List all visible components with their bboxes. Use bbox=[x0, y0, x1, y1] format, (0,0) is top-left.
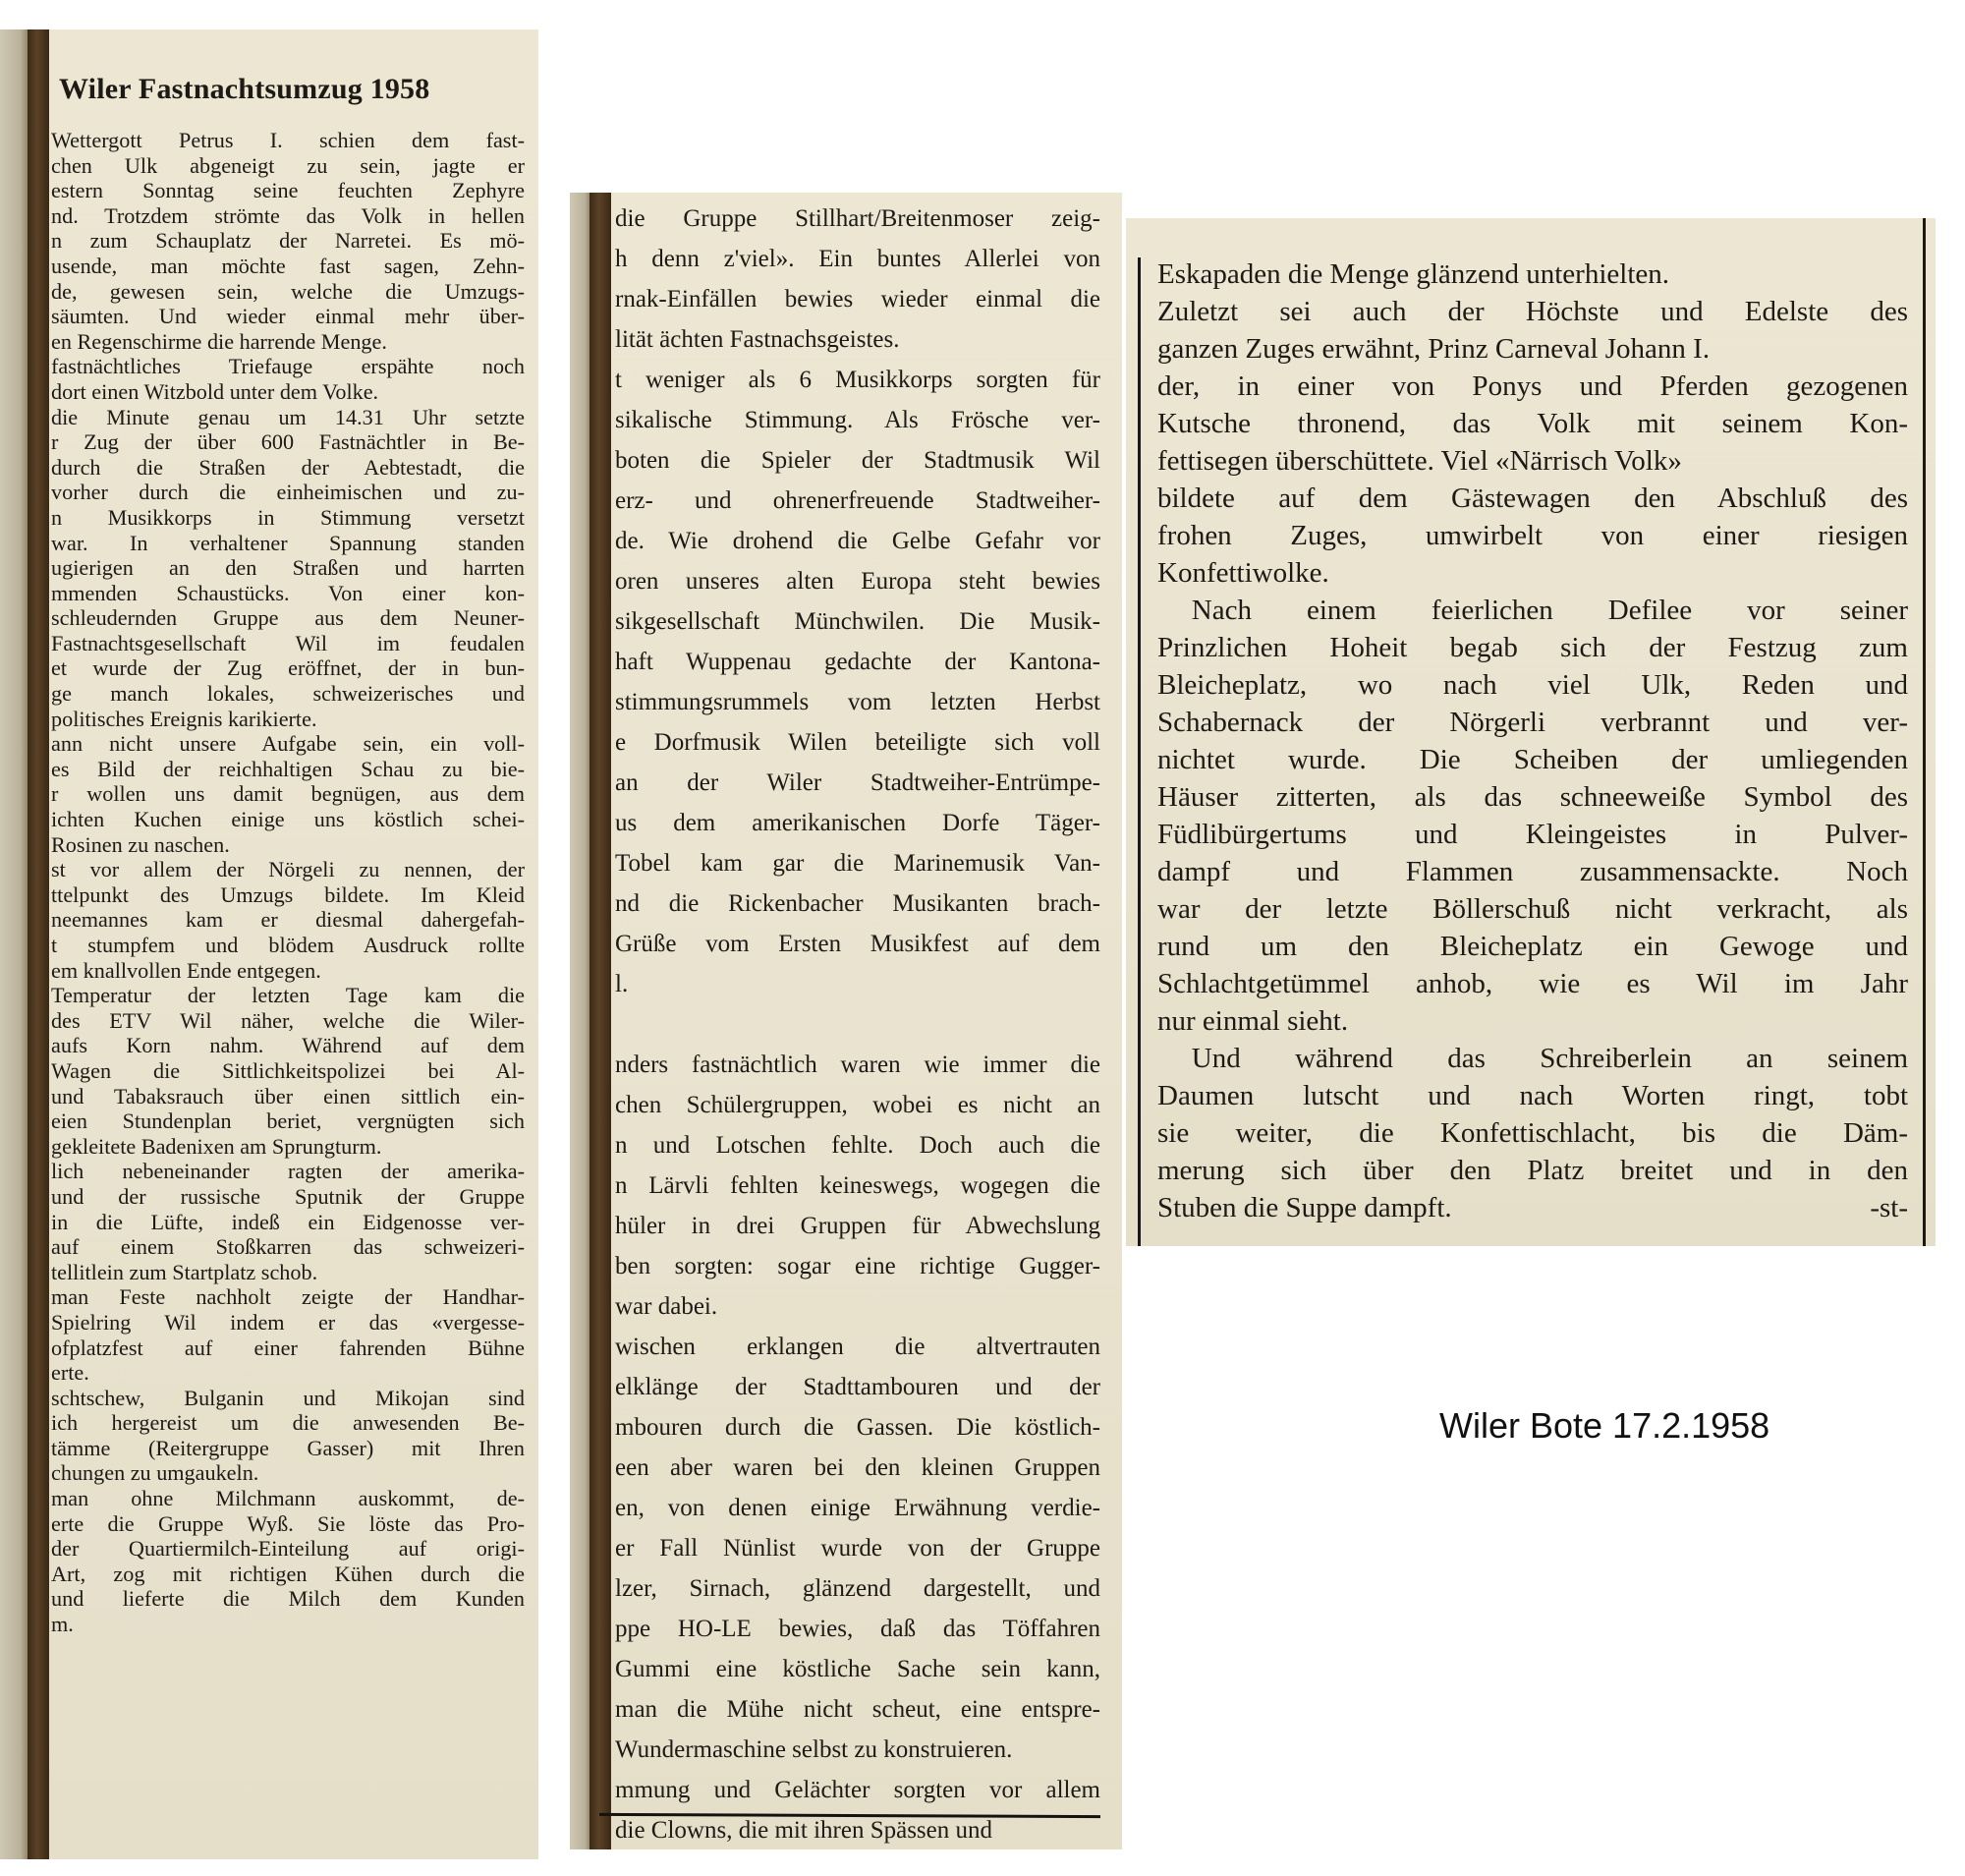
text-line: de. Wie drohend die Gelbe Gefahr vor bbox=[615, 521, 1100, 561]
text-line: nur einmal sieht. bbox=[1157, 1002, 1908, 1040]
text-line: der Quartiermilch-Einteilung auf origi- bbox=[51, 1536, 525, 1562]
text-line: erz- und ohrenerfreuende Stadtweiher- bbox=[615, 481, 1100, 521]
text-line: Grüße vom Ersten Musikfest auf dem bbox=[615, 924, 1100, 964]
text-line: Konfettiwolke. bbox=[1157, 554, 1908, 592]
text-line: Schabernack der Nörgerli verbrannt und v… bbox=[1157, 704, 1908, 741]
text-line: rund um den Bleicheplatz ein Gewoge und bbox=[1157, 928, 1908, 965]
text-line: der, in einer von Ponys und Pferden gezo… bbox=[1157, 368, 1908, 405]
text-line: die Minute genau um 14.31 Uhr setzte bbox=[51, 405, 525, 430]
text-line: et wurde der Zug eröffnet, der in bun- bbox=[51, 655, 525, 681]
page-gutter-shadow bbox=[28, 29, 49, 1859]
text-line: t weniger als 6 Musikkorps sorgten für bbox=[615, 360, 1100, 400]
text-line: stimmungsrummels vom letzten Herbst bbox=[615, 682, 1100, 722]
text-line: ann nicht unsere Aufgabe sein, ein voll- bbox=[51, 731, 525, 757]
column-2-text: die Gruppe Stillhart/Breitenmoser zeig-h… bbox=[615, 199, 1100, 1849]
text-line: auf einem Stoßkarren das schweizeri- bbox=[51, 1234, 525, 1260]
text-line: bildete auf dem Gästewagen den Abschluß … bbox=[1157, 480, 1908, 517]
source-caption: Wiler Bote 17.2.1958 bbox=[1439, 1405, 1769, 1447]
text-line: des ETV Wil näher, welche die Wiler- bbox=[51, 1008, 525, 1034]
text-line: mmenden Schaustücks. Von einer kon- bbox=[51, 581, 525, 606]
text-line: fastnächtliches Triefauge erspähte noch bbox=[51, 354, 525, 379]
text-line: ben sorgten: sogar eine richtige Gugger- bbox=[615, 1246, 1100, 1286]
text-line: ganzen Zuges erwähnt, Prinz Carneval Joh… bbox=[1157, 330, 1908, 368]
text-line: lität ächten Fastnachsgeistes. bbox=[615, 319, 1100, 360]
text-line: schleudernden Gruppe aus dem Neuner- bbox=[51, 605, 525, 631]
text-line bbox=[615, 1004, 1100, 1045]
text-line: fettisegen überschüttete. Viel «Närrisch… bbox=[1157, 442, 1908, 480]
text-line: t stumpfem und blödem Ausdruck rollte bbox=[51, 933, 525, 958]
text-line: e Dorfmusik Wilen beteiligte sich voll bbox=[615, 722, 1100, 763]
text-line: war der letzte Böllerschuß nicht verkrac… bbox=[1157, 890, 1908, 928]
text-line: een aber waren bei den kleinen Gruppen bbox=[615, 1448, 1100, 1488]
text-line: gekleitete Badenixen am Sprungturm. bbox=[51, 1134, 525, 1160]
text-line: politisches Ereignis karikierte. bbox=[51, 707, 525, 732]
text-line: Kutsche thronend, das Volk mit seinem Ko… bbox=[1157, 405, 1908, 442]
text-line: schtschew, Bulganin und Mikojan sind bbox=[51, 1386, 525, 1411]
text-line: vorher durch die einheimischen und zu- bbox=[51, 480, 525, 505]
text-line: chen Schülergruppen, wobei es nicht an bbox=[615, 1085, 1100, 1125]
text-line: n und Lotschen fehlte. Doch auch die bbox=[615, 1125, 1100, 1165]
text-line: merung sich über den Platz breitet und i… bbox=[1157, 1152, 1908, 1189]
text-line: ofplatzfest auf einer fahrenden Bühne bbox=[51, 1336, 525, 1361]
text-line: boten die Spieler der Stadtmusik Wil bbox=[615, 440, 1100, 481]
text-line: n Lärvli fehlten keineswegs, wogegen die bbox=[615, 1165, 1100, 1206]
column-3-text: Eskapaden die Menge glänzend unterhielte… bbox=[1157, 256, 1908, 1226]
text-line: man die Mühe nicht scheut, eine entspre- bbox=[615, 1689, 1100, 1730]
text-line: hüler in drei Gruppen für Abwechslung bbox=[615, 1206, 1100, 1246]
text-line: elklänge der Stadttambouren und der bbox=[615, 1367, 1100, 1407]
text-line: chungen zu umgaukeln. bbox=[51, 1460, 525, 1486]
text-line: war. In verhaltener Spannung standen bbox=[51, 531, 525, 556]
text-line: nd die Rickenbacher Musikanten brach- bbox=[615, 883, 1100, 924]
text-line: h denn z'viel». Ein buntes Allerlei von bbox=[615, 239, 1100, 279]
text-line: Rosinen zu naschen. bbox=[51, 832, 525, 858]
text-line: Wundermaschine selbst zu konstruieren. bbox=[615, 1730, 1100, 1770]
text-line: sikgesellschaft Münchwilen. Die Musik- bbox=[615, 601, 1100, 642]
text-line: chen Ulk abgeneigt zu sein, jagte er bbox=[51, 153, 525, 179]
text-line: Gummi eine köstliche Sache sein kann, bbox=[615, 1649, 1100, 1689]
text-line: r wollen uns damit begnügen, aus dem bbox=[51, 781, 525, 807]
adjacent-page-edge bbox=[570, 193, 591, 1849]
page-gutter-shadow bbox=[589, 193, 611, 1849]
adjacent-page-edge bbox=[0, 29, 29, 1859]
text-line: aufs Korn nahm. Während auf dem bbox=[51, 1033, 525, 1058]
text-line: durch die Straßen der Aebtestadt, die bbox=[51, 455, 525, 481]
column-1-text: Wettergott Petrus I. schien dem fast-che… bbox=[51, 128, 525, 1637]
text-line: oren unseres alten Europa steht bewies bbox=[615, 561, 1100, 601]
text-line: mmung und Gelächter sorgten vor allem bbox=[615, 1770, 1100, 1810]
article-clipping-column-1: Wiler Fastnachtsumzug 1958 Wettergott Pe… bbox=[0, 29, 538, 1859]
text-line: Füdlibürgertums und Kleingeistes in Pulv… bbox=[1157, 816, 1908, 853]
text-line: us dem amerikanischen Dorfe Täger- bbox=[615, 803, 1100, 843]
article-clipping-column-3: Eskapaden die Menge glänzend unterhielte… bbox=[1126, 218, 1936, 1246]
text-line: Temperatur der letzten Tage kam die bbox=[51, 983, 525, 1008]
text-line: mbouren durch die Gassen. Die köstlich- bbox=[615, 1407, 1100, 1448]
author-signature: -st- bbox=[1870, 1189, 1908, 1226]
text-line: eien Stundenplan beriet, vergnügten sich bbox=[51, 1109, 525, 1134]
text-line: an der Wiler Stadtweiher-Entrümpe- bbox=[615, 763, 1100, 803]
text-line: Prinzlichen Hoheit begab sich der Festzu… bbox=[1157, 629, 1908, 666]
text-line: erte. bbox=[51, 1360, 525, 1386]
text-line: ich hergereist um die anwesenden Be- bbox=[51, 1410, 525, 1436]
text-line: nd. Trotzdem strömte das Volk in hellen bbox=[51, 203, 525, 229]
text-line: usende, man möchte fast sagen, Zehn- bbox=[51, 254, 525, 279]
text-line: Art, zog mit richtigen Kühen durch die bbox=[51, 1562, 525, 1587]
text-line: de, gewesen sein, welche die Umzugs- bbox=[51, 279, 525, 305]
text-line: Daumen lutscht und nach Worten ringt, to… bbox=[1157, 1077, 1908, 1114]
text-line: en, von denen einige Erwähnung verdie- bbox=[615, 1488, 1100, 1528]
text-line: dort einen Witzbold unter dem Volke. bbox=[51, 379, 525, 405]
text-line: ugierigen an den Straßen und harrten bbox=[51, 555, 525, 581]
text-line: nichtet wurde. Die Scheiben der umliegen… bbox=[1157, 741, 1908, 778]
text-line: nders fastnächtlich waren wie immer die bbox=[615, 1045, 1100, 1085]
text-line: Stuben die Suppe dampft.-st- bbox=[1157, 1189, 1908, 1226]
text-line: Nach einem feierlichen Defilee vor seine… bbox=[1157, 592, 1908, 629]
text-line: und Tabaksrauch über einen sittlich ein- bbox=[51, 1084, 525, 1109]
text-line: ttelpunkt des Umzugs bildete. Im Kleid bbox=[51, 882, 525, 908]
text-line: sie weiter, die Konfettischlacht, bis di… bbox=[1157, 1114, 1908, 1152]
text-line: frohen Zuges, umwirbelt von einer riesig… bbox=[1157, 517, 1908, 554]
text-line: tämme (Reitergruppe Gasser) mit Ihren bbox=[51, 1436, 525, 1461]
text-line: in die Lüfte, indeß ein Eidgenosse ver- bbox=[51, 1210, 525, 1235]
column-left-rule bbox=[1138, 257, 1141, 1246]
text-line: r Zug der über 600 Fastnächtler in Be- bbox=[51, 429, 525, 455]
text-line: und der russische Sputnik der Gruppe bbox=[51, 1184, 525, 1210]
text-line: n zum Schauplatz der Narretei. Es mö- bbox=[51, 228, 525, 254]
text-line: Spielring Wil indem er das «vergesse- bbox=[51, 1310, 525, 1336]
text-line: l. bbox=[615, 964, 1100, 1004]
text-line: lich nebeneinander ragten der amerika- bbox=[51, 1159, 525, 1184]
text-line: er Fall Nünlist wurde von der Gruppe bbox=[615, 1528, 1100, 1568]
article-title: Wiler Fastnachtsumzug 1958 bbox=[59, 73, 429, 106]
text-line: die Gruppe Stillhart/Breitenmoser zeig- bbox=[615, 199, 1100, 239]
text-line: m. bbox=[51, 1612, 525, 1637]
text-line: n Musikkorps in Stimmung versetzt bbox=[51, 505, 525, 531]
text-line: estern Sonntag seine feuchten Zephyre bbox=[51, 178, 525, 203]
text-line: neemannes kam er diesmal dahergefah- bbox=[51, 907, 525, 933]
text-line: wischen erklangen die altvertrauten bbox=[615, 1327, 1100, 1367]
text-line: tellitlein zum Startplatz schob. bbox=[51, 1260, 525, 1285]
text-line: Eskapaden die Menge glänzend unterhielte… bbox=[1157, 256, 1908, 293]
text-line: lzer, Sirnach, glänzend dargestellt, und bbox=[615, 1568, 1100, 1609]
text-line: man ohne Milchmann auskommt, de- bbox=[51, 1486, 525, 1511]
text-line: ichten Kuchen einige uns köstlich schei- bbox=[51, 807, 525, 832]
text-line: Tobel kam gar die Marinemusik Van- bbox=[615, 843, 1100, 883]
column-right-rule bbox=[1923, 218, 1926, 1246]
text-line: Bleicheplatz, wo nach viel Ulk, Reden un… bbox=[1157, 666, 1908, 704]
text-line: Und während das Schreiberlein an seinem bbox=[1157, 1040, 1908, 1077]
text-line: und lieferte die Milch dem Kunden bbox=[51, 1586, 525, 1612]
text-line: Wettergott Petrus I. schien dem fast- bbox=[51, 128, 525, 153]
text-line: war dabei. bbox=[615, 1286, 1100, 1327]
text-line: Häuser zitterten, als das schneeweiße Sy… bbox=[1157, 778, 1908, 816]
text-line: haft Wuppenau gedachte der Kantona- bbox=[615, 642, 1100, 682]
text-line: em knallvollen Ende entgegen. bbox=[51, 958, 525, 984]
text-line: Fastnachtsgesellschaft Wil im feudalen bbox=[51, 631, 525, 656]
text-line: man Feste nachholt zeigte der Handhar- bbox=[51, 1284, 525, 1310]
text-line: Schlachtgetümmel anhob, wie es Wil im Ja… bbox=[1157, 965, 1908, 1002]
text-line: st vor allem der Nörgeli zu nennen, der bbox=[51, 857, 525, 882]
text-line: dampf und Flammen zusammensackte. Noch bbox=[1157, 853, 1908, 890]
text-line: ppe HO-LE bewies, daß das Töffahren bbox=[615, 1609, 1100, 1649]
text-line: erte die Gruppe Wyß. Sie löste das Pro- bbox=[51, 1511, 525, 1537]
article-clipping-column-2: die Gruppe Stillhart/Breitenmoser zeig-h… bbox=[570, 193, 1122, 1849]
text-line: es Bild der reichhaltigen Schau zu bie- bbox=[51, 757, 525, 782]
text-line: en Regenschirme die harrende Menge. bbox=[51, 329, 525, 355]
text-line: Wagen die Sittlichkeitspolizei bei Al- bbox=[51, 1058, 525, 1084]
text-line: rnak-Einfällen bewies wieder einmal die bbox=[615, 279, 1100, 319]
text-line: säumten. Und wieder einmal mehr über- bbox=[51, 304, 525, 329]
text-line: Zuletzt sei auch der Höchste und Edelste… bbox=[1157, 293, 1908, 330]
text-line: ge manch lokales, schweizerisches und bbox=[51, 681, 525, 707]
text-line: sikalische Stimmung. Als Frösche ver- bbox=[615, 400, 1100, 440]
